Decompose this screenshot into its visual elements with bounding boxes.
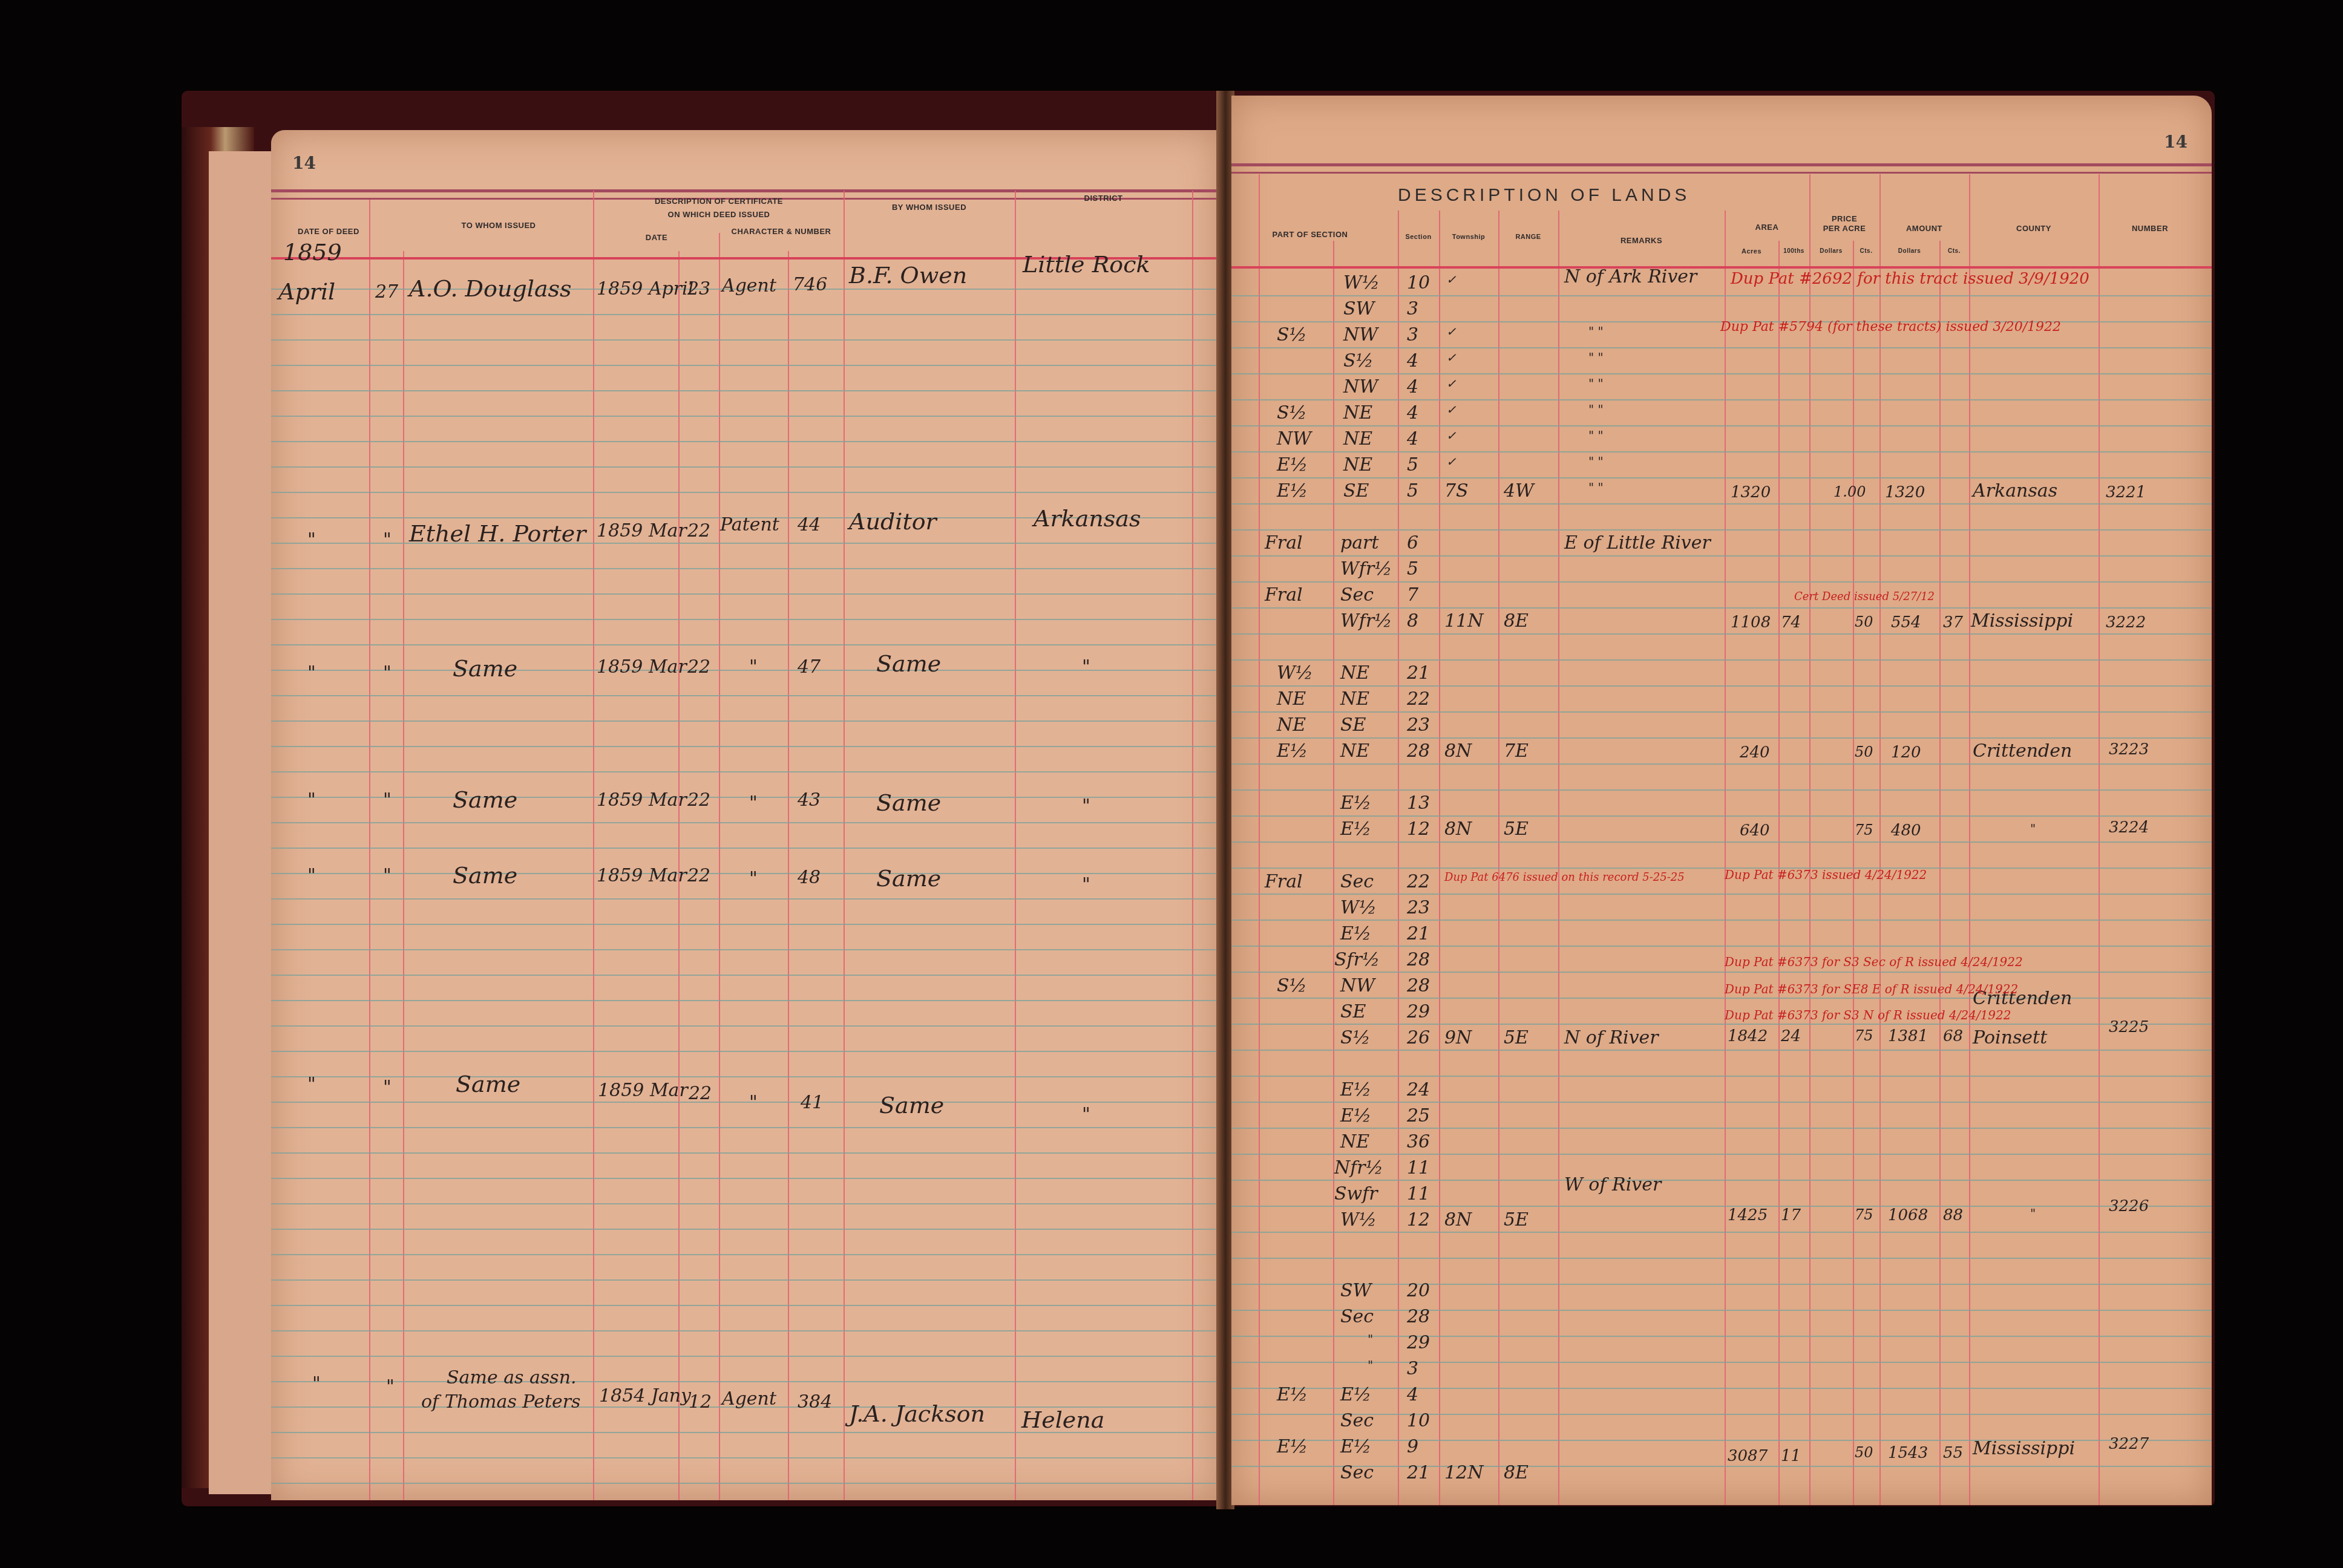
ruled-line	[271, 1051, 1218, 1052]
checkmark: ✓	[1446, 272, 1457, 287]
acres-hundredths: 11	[1781, 1447, 1801, 1465]
header-number: NUMBER	[2099, 224, 2201, 233]
township: 7S	[1444, 480, 1469, 501]
section-number: 25	[1407, 1105, 1430, 1126]
township: 9N	[1444, 1027, 1472, 1048]
checkmark: ✓	[1446, 454, 1457, 469]
entry-number: 48	[798, 867, 821, 888]
ruled-line	[271, 1152, 1218, 1154]
entry-to-whom: Same as assn.	[447, 1367, 577, 1388]
right-page: 14 DESCRIPTION OF LANDS PART OF SECTION …	[1231, 96, 2212, 1505]
land-row: S½ NE 4 ✓ " "	[1231, 402, 2212, 428]
land-row: E½ 24	[1231, 1079, 2212, 1105]
part-of-section: E½	[1340, 792, 1371, 814]
land-row: E½ 25	[1231, 1105, 2212, 1131]
ruled-line	[271, 1025, 1218, 1027]
entry-to-whom: A.O. Douglass	[409, 275, 572, 302]
checkmark: ✓	[1446, 324, 1457, 339]
header-acres: Acres	[1725, 248, 1778, 255]
header-to-whom-issued: TO WHOM ISSUED	[404, 221, 593, 230]
section-number: 24	[1407, 1079, 1430, 1100]
record-number: 3223	[2109, 740, 2149, 759]
entry-day: "	[383, 529, 392, 550]
checkmark: ✓	[1446, 350, 1457, 365]
part-of-section: W½	[1340, 897, 1377, 918]
record-number: 3227	[2109, 1435, 2149, 1453]
entry-number: 384	[798, 1391, 832, 1413]
ruled-line	[271, 949, 1218, 950]
header-date-of-deed: DATE OF DEED	[289, 227, 368, 236]
section-number: 4	[1407, 428, 1418, 449]
section-number: 8	[1407, 610, 1418, 632]
part-of-section: part	[1340, 532, 1379, 554]
section-number: 21	[1407, 662, 1430, 684]
land-row: E½ 13	[1231, 792, 2212, 818]
land-row: S½ 26 9N 5E N of River 1842 24 75 1381 6…	[1231, 1027, 2212, 1053]
amount: 480	[1891, 822, 1921, 840]
land-row: Sec 10	[1231, 1410, 2212, 1436]
land-row: NW NE 4 ✓ " "	[1231, 428, 2212, 454]
part-of-section-prefix: Fral	[1265, 532, 1303, 554]
price-per-acre: 75	[1855, 1027, 1873, 1044]
entry-to-whom: Same	[453, 862, 517, 889]
entry-to-whom: Same	[456, 1071, 520, 1097]
entry-month: "	[307, 1074, 316, 1095]
entry-character: Agent	[722, 1388, 776, 1410]
ruled-line	[271, 593, 1218, 595]
red-note: Dup Pat #2692 for this tract issued 3/9/…	[1731, 270, 2089, 288]
header-price: PRICE	[1809, 214, 1879, 223]
ruled-line	[271, 1178, 1218, 1179]
ruled-line	[271, 1254, 1218, 1255]
section-number: 21	[1407, 1462, 1430, 1483]
section-number: 5	[1407, 480, 1418, 501]
remarks: " "	[1588, 402, 1604, 417]
part-of-section-prefix: S½	[1277, 402, 1307, 423]
part-of-section: E½	[1340, 1105, 1371, 1126]
ruled-line	[271, 390, 1218, 391]
entry-day: "	[383, 662, 392, 684]
entry-cert-day: 22	[687, 656, 710, 678]
land-row: E½ NE 5 ✓ " "	[1231, 454, 2212, 480]
ditto-mark: "	[1368, 1332, 1373, 1347]
col-divider	[403, 251, 404, 1500]
part-of-section: NE	[1340, 688, 1369, 710]
section-number: 12	[1407, 818, 1430, 840]
land-row: " 29	[1231, 1332, 2212, 1358]
red-note: Dup Pat 6476 issued on this record 5-25-…	[1444, 871, 1685, 884]
acres: 1425	[1728, 1206, 1768, 1224]
checkmark: ✓	[1446, 428, 1457, 443]
header-remarks: REMARKS	[1558, 236, 1725, 245]
part-of-section: Nfr½	[1334, 1157, 1383, 1178]
header-100ths: 100ths	[1778, 248, 1809, 255]
section-title: DESCRIPTION OF LANDS	[1398, 185, 1690, 206]
section-number: 6	[1407, 532, 1418, 554]
land-row: Fral Sec 7	[1231, 584, 2212, 610]
county: "	[2030, 1206, 2036, 1221]
price-per-acre: 50	[1855, 743, 1873, 760]
entry-month: April	[278, 278, 335, 305]
page-number-right: 14	[2164, 132, 2187, 152]
ruled-line	[271, 1229, 1218, 1230]
ruled-line	[271, 695, 1218, 696]
remarks: N of River	[1564, 1027, 1659, 1048]
acres-hundredths: 17	[1781, 1206, 1801, 1224]
header-amount-cts: Cts.	[1939, 248, 1969, 255]
ruled-line	[271, 848, 1218, 849]
record-number: 3221	[2106, 483, 2146, 501]
land-row: " 3	[1231, 1358, 2212, 1384]
entry-cert-day: 12	[689, 1391, 712, 1413]
entry-cert-date: 1859 Mar	[597, 520, 687, 541]
county: Arkansas	[1973, 480, 2057, 501]
remarks: " "	[1588, 324, 1604, 339]
range: 5E	[1504, 818, 1529, 840]
entry-day: 27	[375, 281, 398, 302]
part-of-section: Sec	[1340, 584, 1374, 606]
section-number: 22	[1407, 688, 1430, 710]
ruled-line	[271, 873, 1218, 874]
red-note: Dup Pat #6373 for S3 N of R issued 4/24/…	[1725, 1008, 2011, 1022]
header-part-of-section: PART OF SECTION	[1262, 230, 1358, 239]
header-per-acre: PER ACRE	[1809, 224, 1879, 233]
entry-district: "	[1082, 874, 1090, 895]
header-cert-group: DESCRIPTION OF CERTIFICATE	[594, 197, 844, 206]
part-of-section: W½	[1340, 1209, 1377, 1230]
record-number: 3226	[2109, 1197, 2149, 1215]
county: Poinsett	[1973, 1027, 2047, 1048]
section-number: 26	[1407, 1027, 1430, 1048]
part-of-section: NW	[1343, 324, 1378, 345]
section-number: 28	[1407, 975, 1430, 996]
section-number: 36	[1407, 1131, 1430, 1152]
part-of-section: SE	[1340, 1001, 1366, 1022]
acres: 1842	[1728, 1027, 1768, 1045]
county: Mississippi	[1973, 1438, 2075, 1459]
part-of-section-prefix: E½	[1277, 1384, 1308, 1405]
ruled-line	[271, 797, 1218, 798]
header-amount-dollars: Dollars	[1879, 248, 1939, 255]
township: 11N	[1444, 610, 1483, 632]
section-number: 10	[1407, 1410, 1430, 1431]
part-of-section-prefix: NW	[1277, 428, 1311, 449]
acres: 3087	[1728, 1447, 1768, 1465]
part-of-section: SW	[1343, 298, 1374, 319]
range: 8E	[1504, 610, 1529, 632]
header-bottom-rule	[1231, 266, 2212, 269]
entry-number: 41	[801, 1092, 824, 1113]
ruled-line	[271, 365, 1218, 366]
land-row: NE SE 23	[1231, 714, 2212, 740]
remarks: " "	[1588, 428, 1604, 443]
col-divider	[1015, 191, 1016, 1500]
entry-cert-day: 22	[687, 520, 710, 541]
section-number: 5	[1407, 558, 1418, 580]
entry-by-whom: Same	[876, 789, 941, 816]
entry-district: Helena	[1021, 1406, 1104, 1433]
amount: 1381	[1888, 1027, 1928, 1045]
township: 8N	[1444, 818, 1472, 840]
col-divider	[593, 191, 594, 1500]
land-row: Fral Sec 22	[1231, 871, 2212, 897]
section-number: 4	[1407, 376, 1418, 397]
land-row: NW 4 ✓ " "	[1231, 376, 2212, 402]
land-row: Fral part 6 E of Little River	[1231, 532, 2212, 558]
land-row: W½ 23	[1231, 897, 2212, 923]
entry-district: Arkansas	[1034, 505, 1141, 532]
section-number: 29	[1407, 1332, 1430, 1353]
entry-day: "	[386, 1376, 395, 1397]
part-of-section: SE	[1343, 480, 1369, 501]
header-double-rule	[1231, 163, 2212, 166]
remarks: E of Little River	[1564, 532, 1711, 554]
ruled-line	[271, 771, 1218, 773]
part-of-section: Sec	[1340, 871, 1374, 892]
record-number: 3225	[2109, 1018, 2149, 1036]
section-number: 11	[1407, 1157, 1430, 1178]
section-number: 13	[1407, 792, 1430, 814]
entry-character: "	[749, 656, 758, 678]
ruled-line	[271, 339, 1218, 341]
part-of-section-prefix: E½	[1277, 454, 1308, 475]
part-of-section: Sec	[1340, 1462, 1374, 1483]
entry-cert-date: 1859 April	[597, 278, 693, 299]
acres-hundredths: 24	[1781, 1027, 1801, 1045]
header-area: AREA	[1725, 223, 1809, 232]
price-per-acre: 75	[1855, 1206, 1873, 1223]
section-number: 4	[1407, 350, 1418, 371]
section-number: 28	[1407, 1306, 1430, 1327]
entry-cert-date: 1859 Mar	[598, 1080, 688, 1101]
record-number: 3222	[2106, 613, 2146, 632]
ruled-line	[271, 822, 1218, 823]
land-row: E½ 12 8N 5E 640 75 480 " 3224	[1231, 818, 2212, 844]
township: 8N	[1444, 740, 1472, 762]
township: 12N	[1444, 1462, 1483, 1483]
part-of-section: Swfr	[1334, 1183, 1378, 1204]
header-township: Township	[1439, 234, 1498, 241]
section-number: 23	[1407, 897, 1430, 918]
range: 5E	[1504, 1027, 1529, 1048]
section-number: 9	[1407, 1436, 1418, 1457]
section-number: 12	[1407, 1209, 1430, 1230]
entry-number: 47	[798, 656, 821, 678]
part-of-section: Wfr½	[1340, 558, 1392, 580]
range: 8E	[1504, 1462, 1529, 1483]
ruled-line	[271, 492, 1218, 493]
amount: 1543	[1888, 1444, 1928, 1462]
header-double-rule-2	[1231, 172, 2212, 174]
ruled-line	[271, 1457, 1218, 1459]
col-divider	[788, 251, 789, 1500]
entry-character: "	[749, 792, 758, 814]
section-number: 29	[1407, 1001, 1430, 1022]
part-of-section-prefix: W½	[1277, 662, 1313, 684]
remarks: " "	[1588, 454, 1604, 469]
red-note: Cert Deed issued 5/27/12	[1794, 590, 1935, 603]
ruled-line	[1231, 659, 2212, 661]
entry-cert-day: 22	[689, 1083, 712, 1104]
entry-character: Patent	[720, 514, 779, 535]
section-number: 28	[1407, 949, 1430, 970]
part-of-section: Sfr½	[1334, 949, 1380, 970]
entry-by-whom: Same	[879, 1092, 944, 1119]
red-note: Dup Pat #6373 issued 4/24/1922	[1725, 867, 1927, 882]
entry-month: "	[307, 865, 316, 886]
land-row: E½ E½ 4	[1231, 1384, 2212, 1410]
ruled-line	[271, 1203, 1218, 1204]
part-of-section: NE	[1343, 402, 1372, 423]
part-of-section: Wfr½	[1340, 610, 1392, 632]
entry-to-whom: Same	[453, 655, 517, 682]
entry-to-whom-line2: of Thomas Peters	[421, 1391, 581, 1413]
land-row: Wfr½ 5	[1231, 558, 2212, 584]
ruled-line	[271, 644, 1218, 645]
ruled-line	[271, 720, 1218, 722]
entry-character: Agent	[722, 275, 776, 296]
ruled-line	[271, 1076, 1218, 1077]
part-of-section: E½	[1340, 923, 1371, 944]
header-cert-date: DATE	[594, 233, 719, 242]
record-number: 3224	[2109, 818, 2149, 837]
section-number: 23	[1407, 714, 1430, 736]
ruled-line	[271, 746, 1218, 747]
ruled-line	[271, 924, 1218, 925]
price-per-acre: 1.00	[1833, 483, 1866, 500]
entry-character: "	[749, 868, 758, 889]
part-of-section: E½	[1340, 1384, 1371, 1405]
land-row: W½ 12 8N 5E 1425 17 75 1068 88 " 3226	[1231, 1209, 2212, 1235]
part-of-section-prefix: NE	[1277, 688, 1306, 710]
entry-by-whom: J.A. Jackson	[849, 1400, 985, 1427]
land-row: E½ SE 5 7S 4W " " 1320 1.00 1320 Arkansa…	[1231, 480, 2212, 506]
col-divider	[844, 191, 845, 1500]
part-of-section: S½	[1343, 350, 1374, 371]
year-heading: 1859	[283, 239, 342, 266]
ruled-line	[271, 568, 1218, 569]
price-per-acre: 50	[1855, 1444, 1873, 1461]
entry-district: "	[1082, 795, 1090, 817]
entry-day: "	[383, 865, 392, 886]
ruled-line	[271, 1330, 1218, 1331]
entry-district: "	[1082, 656, 1090, 678]
entry-day: "	[383, 1077, 392, 1098]
entry-number: 44	[798, 514, 821, 535]
header-range: RANGE	[1498, 234, 1558, 241]
header-by-whom-issued: BY WHOM ISSUED	[844, 203, 1015, 212]
remarks: " "	[1588, 480, 1604, 495]
part-of-section: S½	[1340, 1027, 1371, 1048]
land-row: E½ NE 28 8N 7E 240 50 120 Crittenden 322…	[1231, 740, 2212, 766]
red-note: Dup Pat #6373 for S3 Sec of R issued 4/2…	[1725, 955, 2023, 969]
acres: 640	[1740, 822, 1770, 840]
land-row: Swfr 11 W of River	[1231, 1183, 2212, 1209]
left-page: 14 DATE OF DEED TO WHOM ISSUED DESCRIPTI…	[271, 130, 1218, 1500]
acres-hundredths: 74	[1781, 613, 1801, 632]
part-of-section: NW	[1343, 376, 1378, 397]
section-number: 10	[1407, 272, 1430, 293]
part-of-section: NE	[1340, 1131, 1369, 1152]
header-price-dollars: Dollars	[1809, 248, 1853, 255]
col-divider	[719, 233, 720, 1500]
land-row: NE NE 22	[1231, 688, 2212, 714]
amount-cents: 88	[1943, 1206, 1963, 1224]
entry-cert-day: 23	[687, 278, 710, 299]
col-divider	[1192, 191, 1193, 1500]
range: 5E	[1504, 1209, 1529, 1230]
entry-by-whom: Auditor	[849, 508, 937, 535]
county: Mississippi	[1971, 610, 2073, 632]
amount: 120	[1891, 743, 1921, 762]
ruled-line	[271, 898, 1218, 900]
entry-number: 43	[798, 789, 821, 811]
ruled-line	[1231, 867, 2212, 869]
part-of-section-prefix: E½	[1277, 740, 1308, 762]
header-county: COUNTY	[1969, 224, 2099, 233]
ruled-line	[271, 975, 1218, 976]
section-number: 22	[1407, 871, 1430, 892]
entry-cert-date: 1859 Mar	[597, 656, 687, 678]
part-of-section: E½	[1340, 1436, 1371, 1457]
entry-by-whom: Same	[876, 650, 941, 677]
acres: 240	[1740, 743, 1770, 762]
section-number: 7	[1407, 584, 1418, 606]
land-row: SW 20	[1231, 1280, 2212, 1306]
land-row: Wfr½ 8 11N 8E 1108 74 50 554 37 Mississi…	[1231, 610, 2212, 636]
section-number: 3	[1407, 1358, 1418, 1379]
entry-cert-date: 1859 Mar	[597, 865, 687, 886]
part-of-section-prefix: E½	[1277, 480, 1308, 501]
amount-cents: 68	[1943, 1027, 1963, 1045]
ruled-line	[271, 1381, 1218, 1382]
part-of-section: NE	[1340, 740, 1369, 762]
part-of-section: SW	[1340, 1280, 1371, 1301]
ruled-line	[271, 1279, 1218, 1281]
section-number: 21	[1407, 923, 1430, 944]
land-row: E½ 21	[1231, 923, 2212, 949]
amount: 1068	[1888, 1206, 1928, 1224]
header-character-number: CHARACTER & NUMBER	[719, 227, 844, 236]
part-of-section: W½	[1343, 272, 1380, 293]
amount-cents: 37	[1943, 613, 1963, 632]
section-number: 11	[1407, 1183, 1430, 1204]
entry-to-whom: Ethel H. Porter	[409, 520, 586, 547]
land-row: Nfr½ 11	[1231, 1157, 2212, 1183]
amount: 1320	[1885, 483, 1925, 501]
entry-district: Little Rock	[1023, 251, 1150, 278]
entry-character: "	[749, 1092, 758, 1113]
part-of-section: Sec	[1340, 1410, 1374, 1431]
section-number: 5	[1407, 454, 1418, 475]
page-number-left: 14	[292, 153, 316, 173]
part-of-section: NW	[1340, 975, 1375, 996]
entry-cert-day: 22	[687, 865, 710, 886]
page-edges	[209, 151, 277, 1494]
land-row: S½ 4 ✓ " "	[1231, 350, 2212, 376]
remarks: W of River	[1564, 1174, 1661, 1195]
section-number: 28	[1407, 740, 1430, 762]
part-of-section: NE	[1343, 428, 1372, 449]
land-row: NE 36	[1231, 1131, 2212, 1157]
entry-number: 746	[793, 274, 827, 295]
entry-to-whom: Same	[453, 786, 517, 813]
entry-cert-date: 1859 Mar	[597, 789, 687, 811]
price-per-acre: 75	[1855, 822, 1873, 838]
amount: 554	[1891, 613, 1921, 632]
ruled-line	[271, 1127, 1218, 1128]
checkmark: ✓	[1446, 402, 1457, 417]
